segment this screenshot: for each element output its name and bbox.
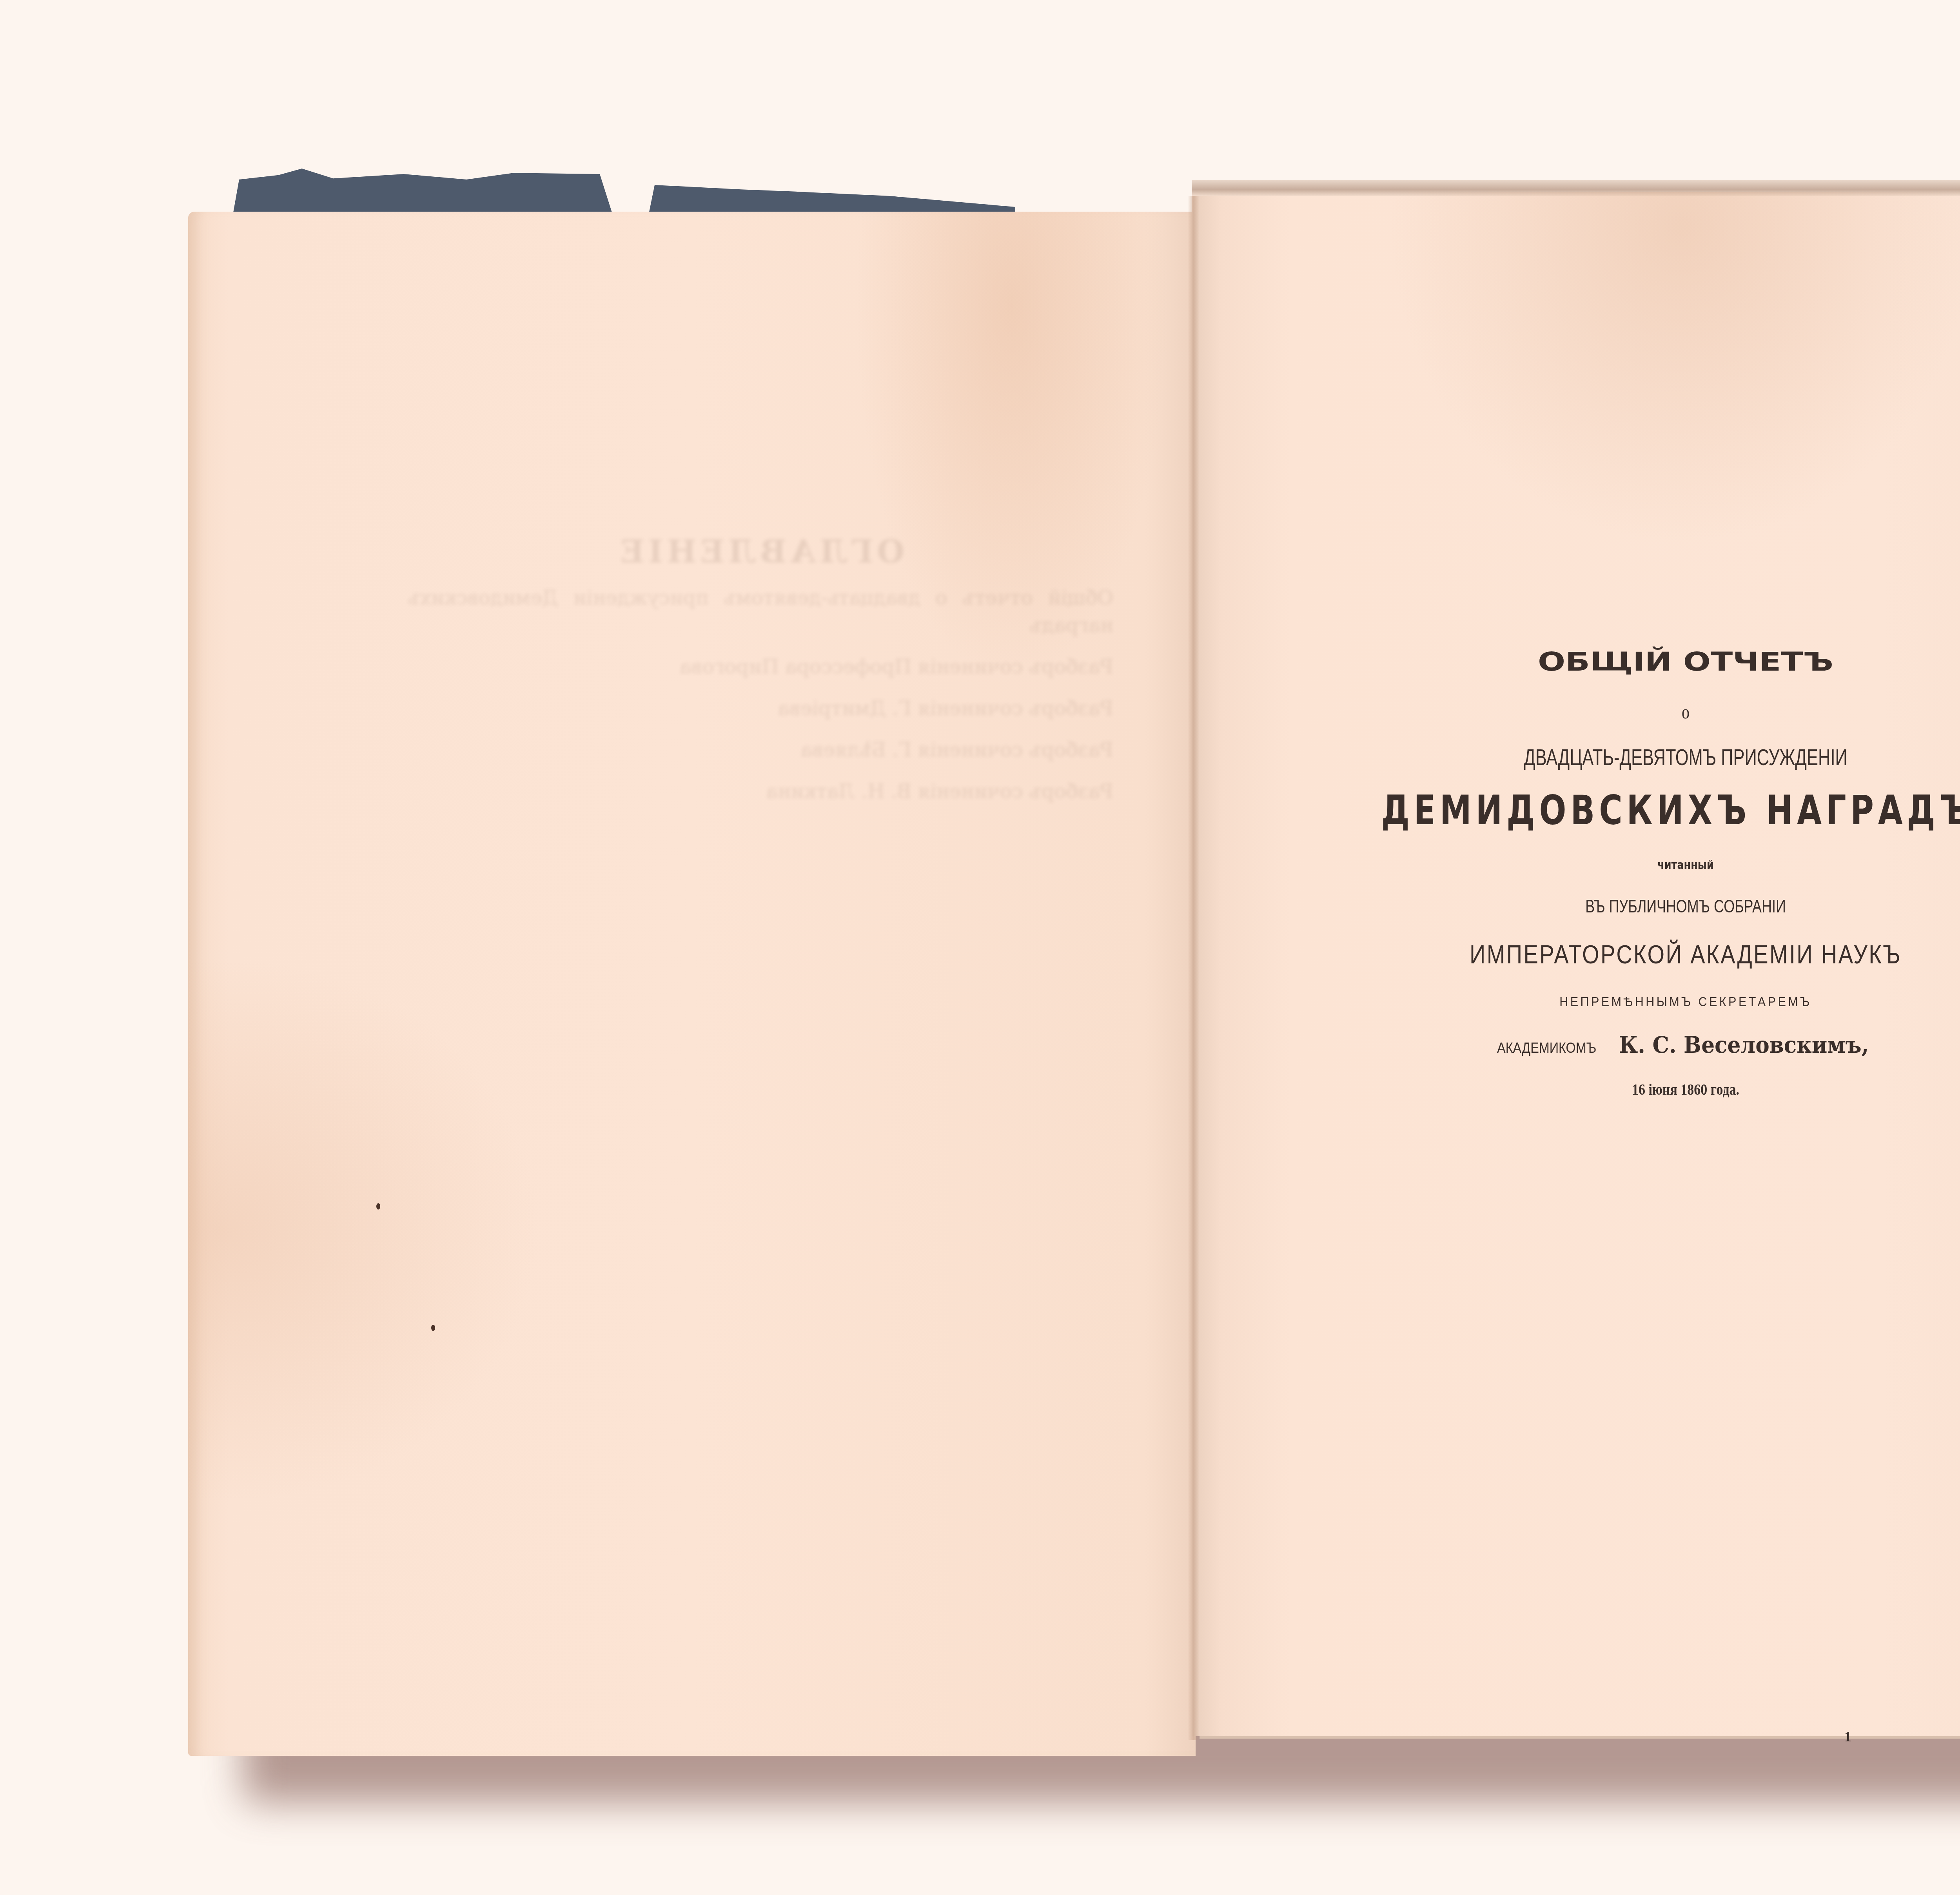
showthrough-line: Общій отчетъ о двадцать-девятомъ присужд… bbox=[408, 584, 1113, 639]
title-awards: ДЕМИДОВСКИХЪ НАГРАДЪ, bbox=[1300, 786, 1960, 834]
title-author-line: АКАДЕМИКОМЪ К. С. Веселовскимъ, bbox=[1192, 1032, 1960, 1058]
title-block: ОБЩІЙ ОТЧЕТЪ о ДВАДЦАТЬ-ДЕВЯТОМЪ ПРИСУЖД… bbox=[1192, 647, 1960, 1099]
showthrough-line: Разборъ сочиненія Профессора Пирогова bbox=[408, 653, 1113, 680]
showthrough-line: Разборъ сочиненія Г. Дмитріева bbox=[408, 695, 1113, 722]
left-page: ОГЛАВЛЕНІЕ Общій отчетъ о двадцать-девят… bbox=[188, 212, 1196, 1756]
water-stain bbox=[1388, 192, 1960, 545]
title-preposition: о bbox=[1290, 700, 1960, 723]
ink-speck bbox=[376, 1203, 380, 1210]
title-read: читанный bbox=[1266, 858, 1960, 872]
title-page: ОБЩІЙ ОТЧЕТЪ о ДВАДЦАТЬ-ДЕВЯТОМЪ ПРИСУЖД… bbox=[1192, 192, 1960, 1736]
main-title: ОБЩІЙ ОТЧЕТЪ bbox=[1068, 647, 1960, 677]
showthrough-line: Разборъ сочиненія В. Н. Латкина bbox=[408, 778, 1113, 805]
page-number: 1 bbox=[1844, 1728, 1851, 1745]
title-academy: ИМПЕРАТОРСКОЙ АКАДЕМІИ НАУКЪ bbox=[1266, 939, 1960, 969]
showthrough-text: ОГЛАВЛЕНІЕ Общій отчетъ о двадцать-девят… bbox=[408, 533, 1113, 819]
author-prefix: АКАДЕМИКОМЪ bbox=[1497, 1040, 1596, 1056]
title-public-meeting: ВЪ ПУБЛИЧНОМЪ СОБРАНІИ bbox=[1300, 896, 1960, 917]
ink-speck bbox=[431, 1325, 435, 1331]
showthrough-title: ОГЛАВЛЕНІЕ bbox=[408, 533, 1113, 570]
book-gutter bbox=[1188, 196, 1200, 1740]
author-name: К. С. Веселовскимъ, bbox=[1619, 1032, 1869, 1058]
title-secretary: НЕПРЕМѢННЫМЪ СЕКРЕТАРЕМЪ bbox=[1241, 994, 1960, 1010]
showthrough-line: Разборъ сочиненія Г. Бѣляева bbox=[408, 736, 1113, 763]
title-subject: ДВАДЦАТЬ-ДЕВЯТОМЪ ПРИСУЖДЕНІИ bbox=[1315, 744, 1960, 771]
water-stain bbox=[188, 956, 541, 1505]
title-date: 16 іюня 1860 года. bbox=[1266, 1080, 1960, 1099]
